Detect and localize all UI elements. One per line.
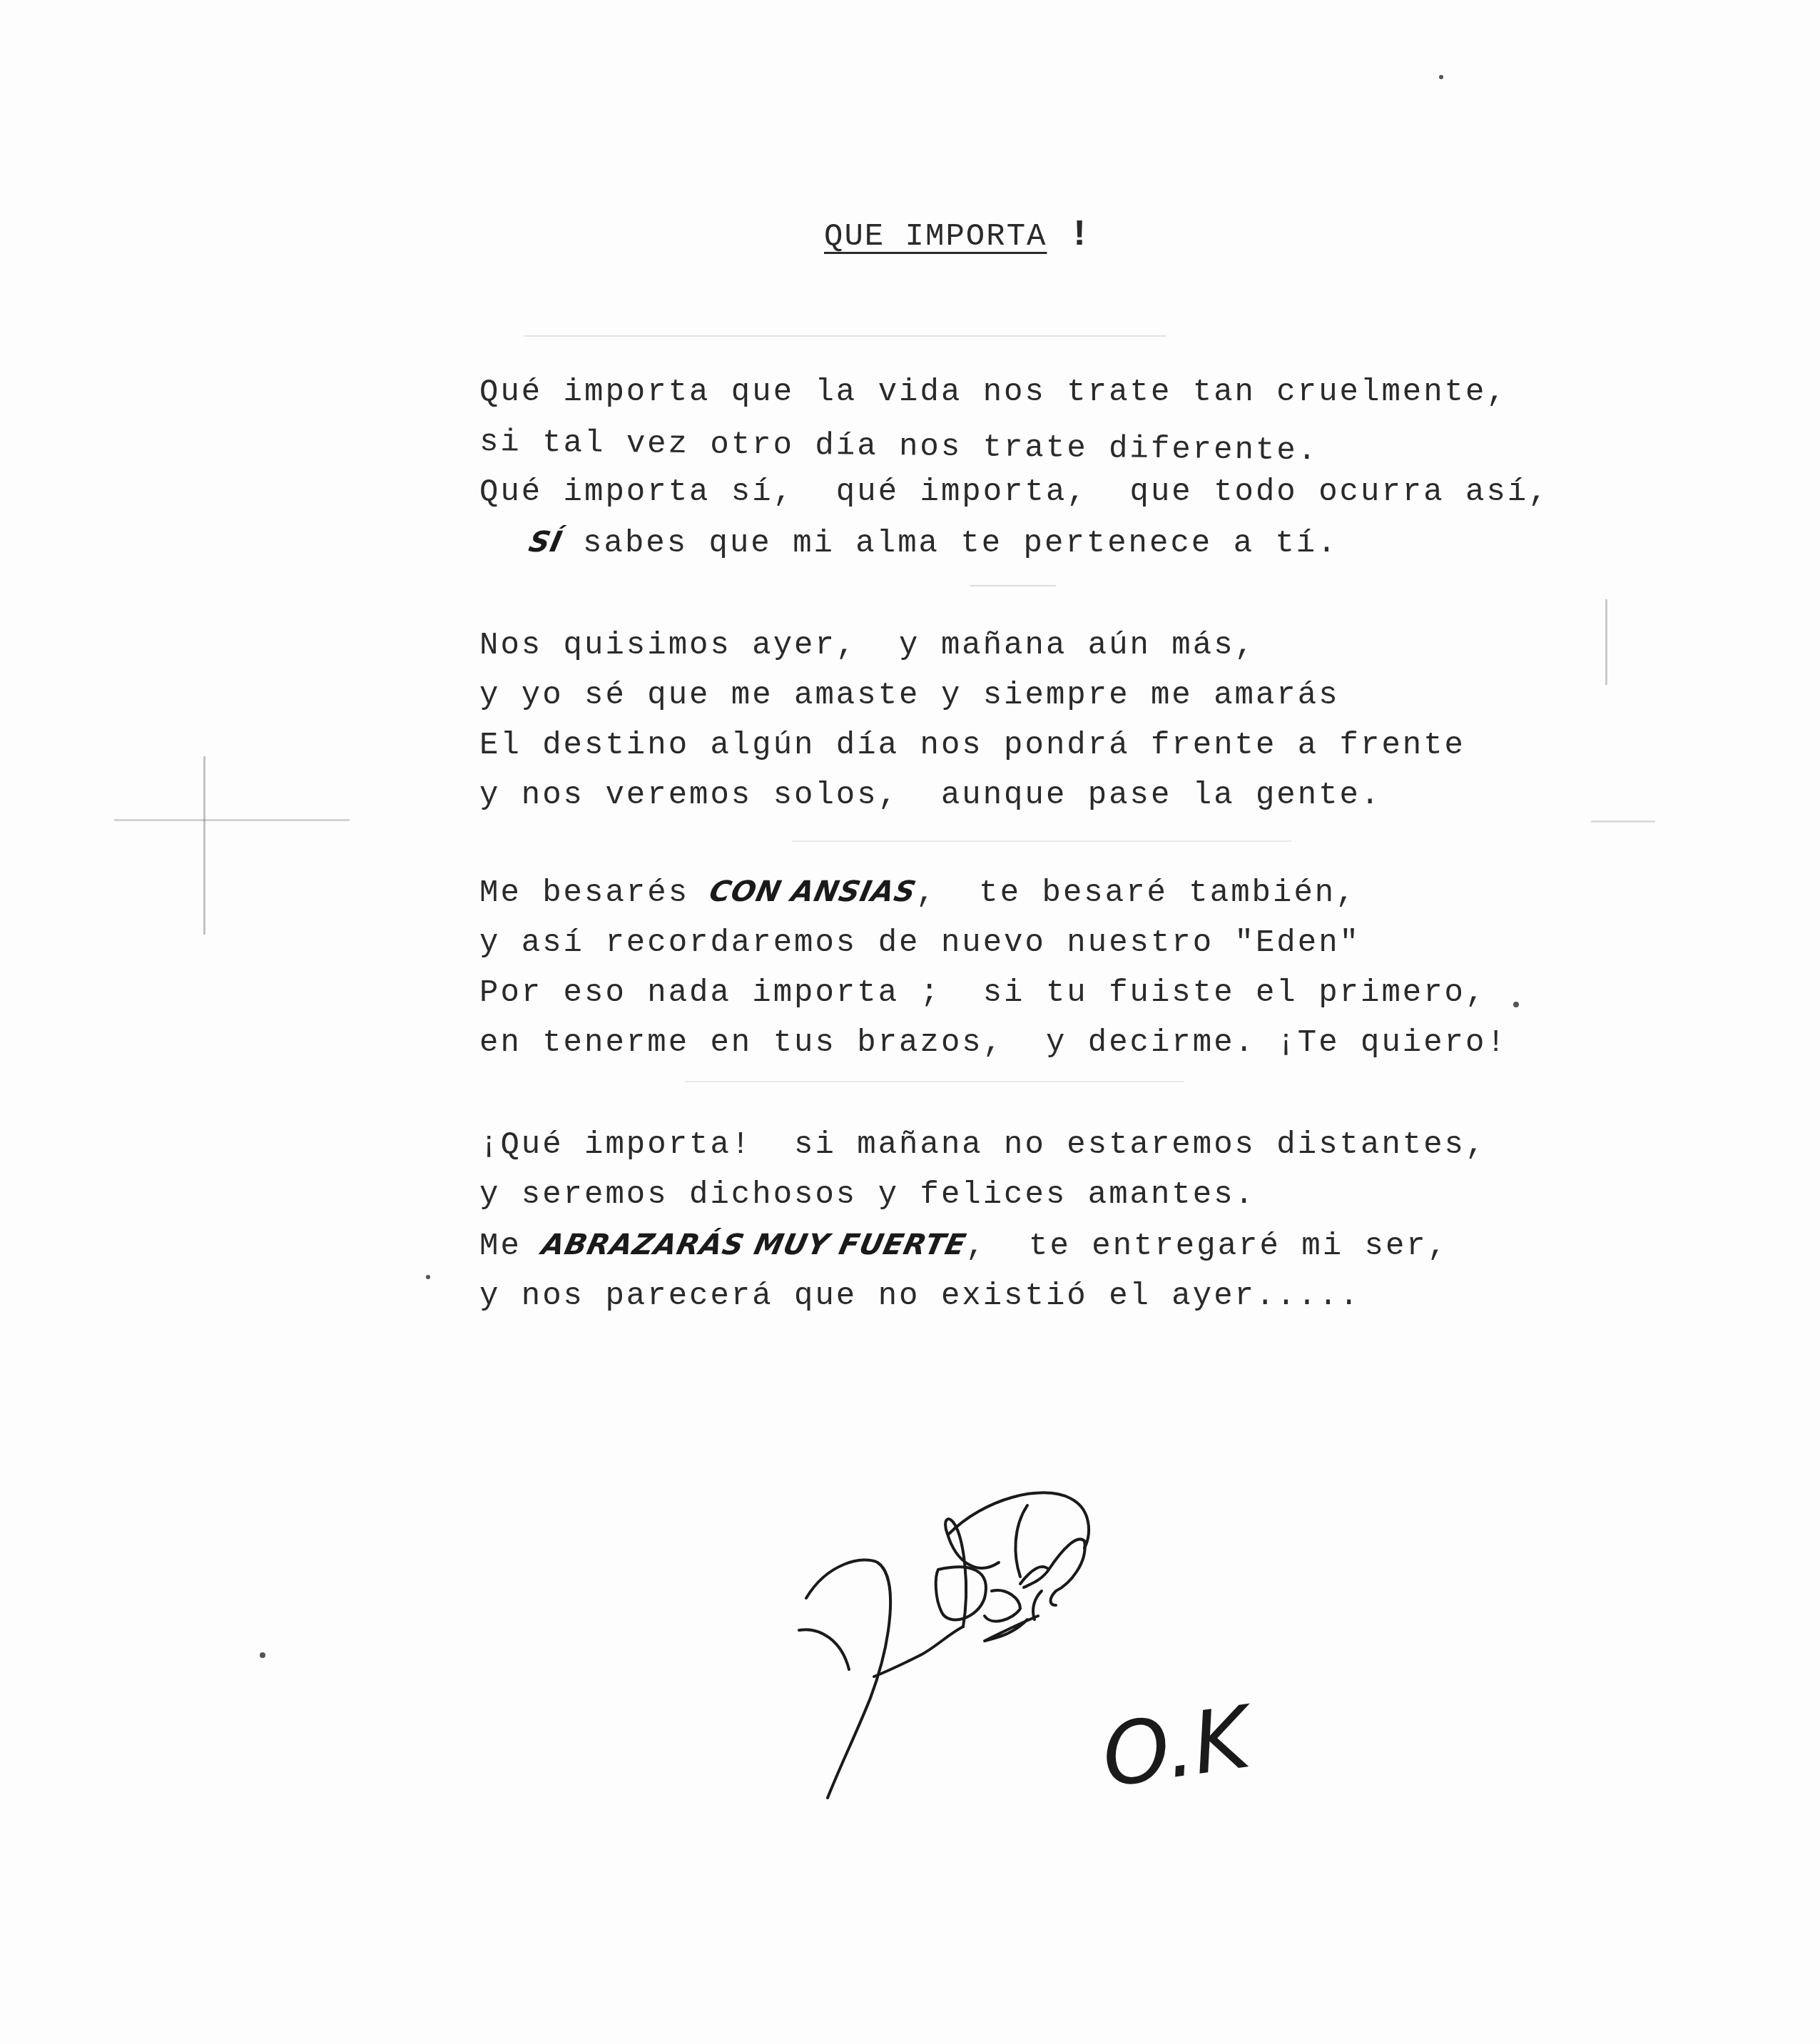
poem-line: Por eso nada importa ; si tu fuiste el p… [479,968,1508,1018]
document-page: QUE IMPORTA! Qué importa que la vida nos… [0,0,1820,2044]
poem-line: y así recordaremos de nuevo nuestro "Ede… [479,918,1508,968]
poem-title: QUE IMPORTA! [824,214,1092,256]
poem-line: y seremos dichosos y felices amantes. [479,1170,1486,1220]
poem-line: ¡Qué importa! si mañana no estaremos dis… [479,1120,1486,1170]
stanza-4: ¡Qué importa! si mañana no estaremos dis… [479,1120,1486,1321]
typed-text: Me [479,1229,542,1264]
poem-line: El destino algún día nos pondrá frente a… [479,721,1465,771]
stanza-1: Qué importa que la vida nos trate tan cr… [479,367,1550,569]
poem-line: Qué importa que la vida nos trate tan cr… [479,367,1550,417]
title-exclamation: ! [1068,214,1092,256]
typed-text: sabes que mi alma te pertenece a tí. [562,526,1338,561]
poem-line: en tenerme en tus brazos, y decirme. ¡Te… [479,1018,1508,1068]
typed-text: , te besaré también, [916,875,1357,911]
poem-line: Me besarés CON ANSIAS, te besaré también… [479,867,1508,918]
poem-line: Nos quisimos ayer, y mañana aún más, [479,621,1465,671]
poem-line: y yo sé que me amaste y siempre me amará… [479,671,1465,721]
handwritten-insert: ABRAZARÁS MUY FUERTE [537,1220,971,1270]
handwritten-insert: CON ANSIAS [705,867,922,917]
poem-line: y nos veremos solos, aunque pase la gent… [479,771,1465,820]
stanza-3: Me besarés CON ANSIAS, te besaré también… [479,867,1508,1068]
typed-text: Me besarés [479,875,710,911]
poem-line: Me ABRAZARÁS MUY FUERTE, te entregaré mi… [479,1220,1486,1271]
poem-line: y nos parecerá que no existió el ayer...… [479,1271,1486,1321]
title-text: QUE IMPORTA [824,219,1047,255]
handwritten-insert: SÍ [524,517,568,567]
approval-note: O.K [1096,1688,1256,1806]
poem-line: SÍ sabes que mi alma te pertenece a tí. [479,517,1550,569]
typed-text: , te entregaré mi ser, [966,1229,1448,1264]
stanza-2: Nos quisimos ayer, y mañana aún más, y y… [479,621,1465,820]
